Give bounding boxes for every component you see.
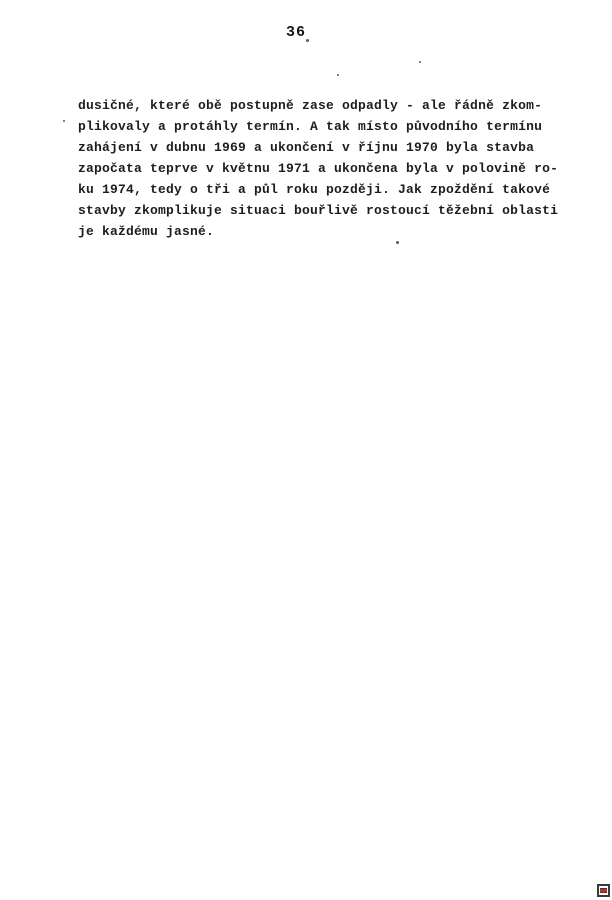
paragraph-line: dusičné, které obě postupně zase odpadly… (78, 95, 553, 116)
scanned-document-page: 36 dusičné, které obě postupně zase odpa… (0, 0, 612, 900)
red-bar (600, 888, 607, 893)
paragraph-line: je každému jasné. (78, 221, 553, 242)
paragraph-line: započata teprve v květnu 1971 a ukončena… (78, 158, 553, 179)
scan-speck (419, 61, 421, 63)
scan-speck (63, 120, 65, 122)
paragraph: dusičné, které obě postupně zase odpadly… (78, 95, 553, 242)
paragraph-line: ku 1974, tedy o tři a půl roku později. … (78, 179, 553, 200)
paragraph-line: zahájení v dubnu 1969 a ukončení v říjnu… (78, 137, 553, 158)
paragraph-line: stavby zkomplikuje situaci bouřlivě rost… (78, 200, 553, 221)
scan-speck (396, 241, 399, 244)
page-number: 36 (0, 24, 602, 41)
paragraph-line: plikovaly a protáhly termín. A tak místo… (78, 116, 553, 137)
red-bar-square-icon (597, 884, 610, 897)
scan-speck (337, 74, 339, 76)
scan-speck (306, 39, 309, 42)
